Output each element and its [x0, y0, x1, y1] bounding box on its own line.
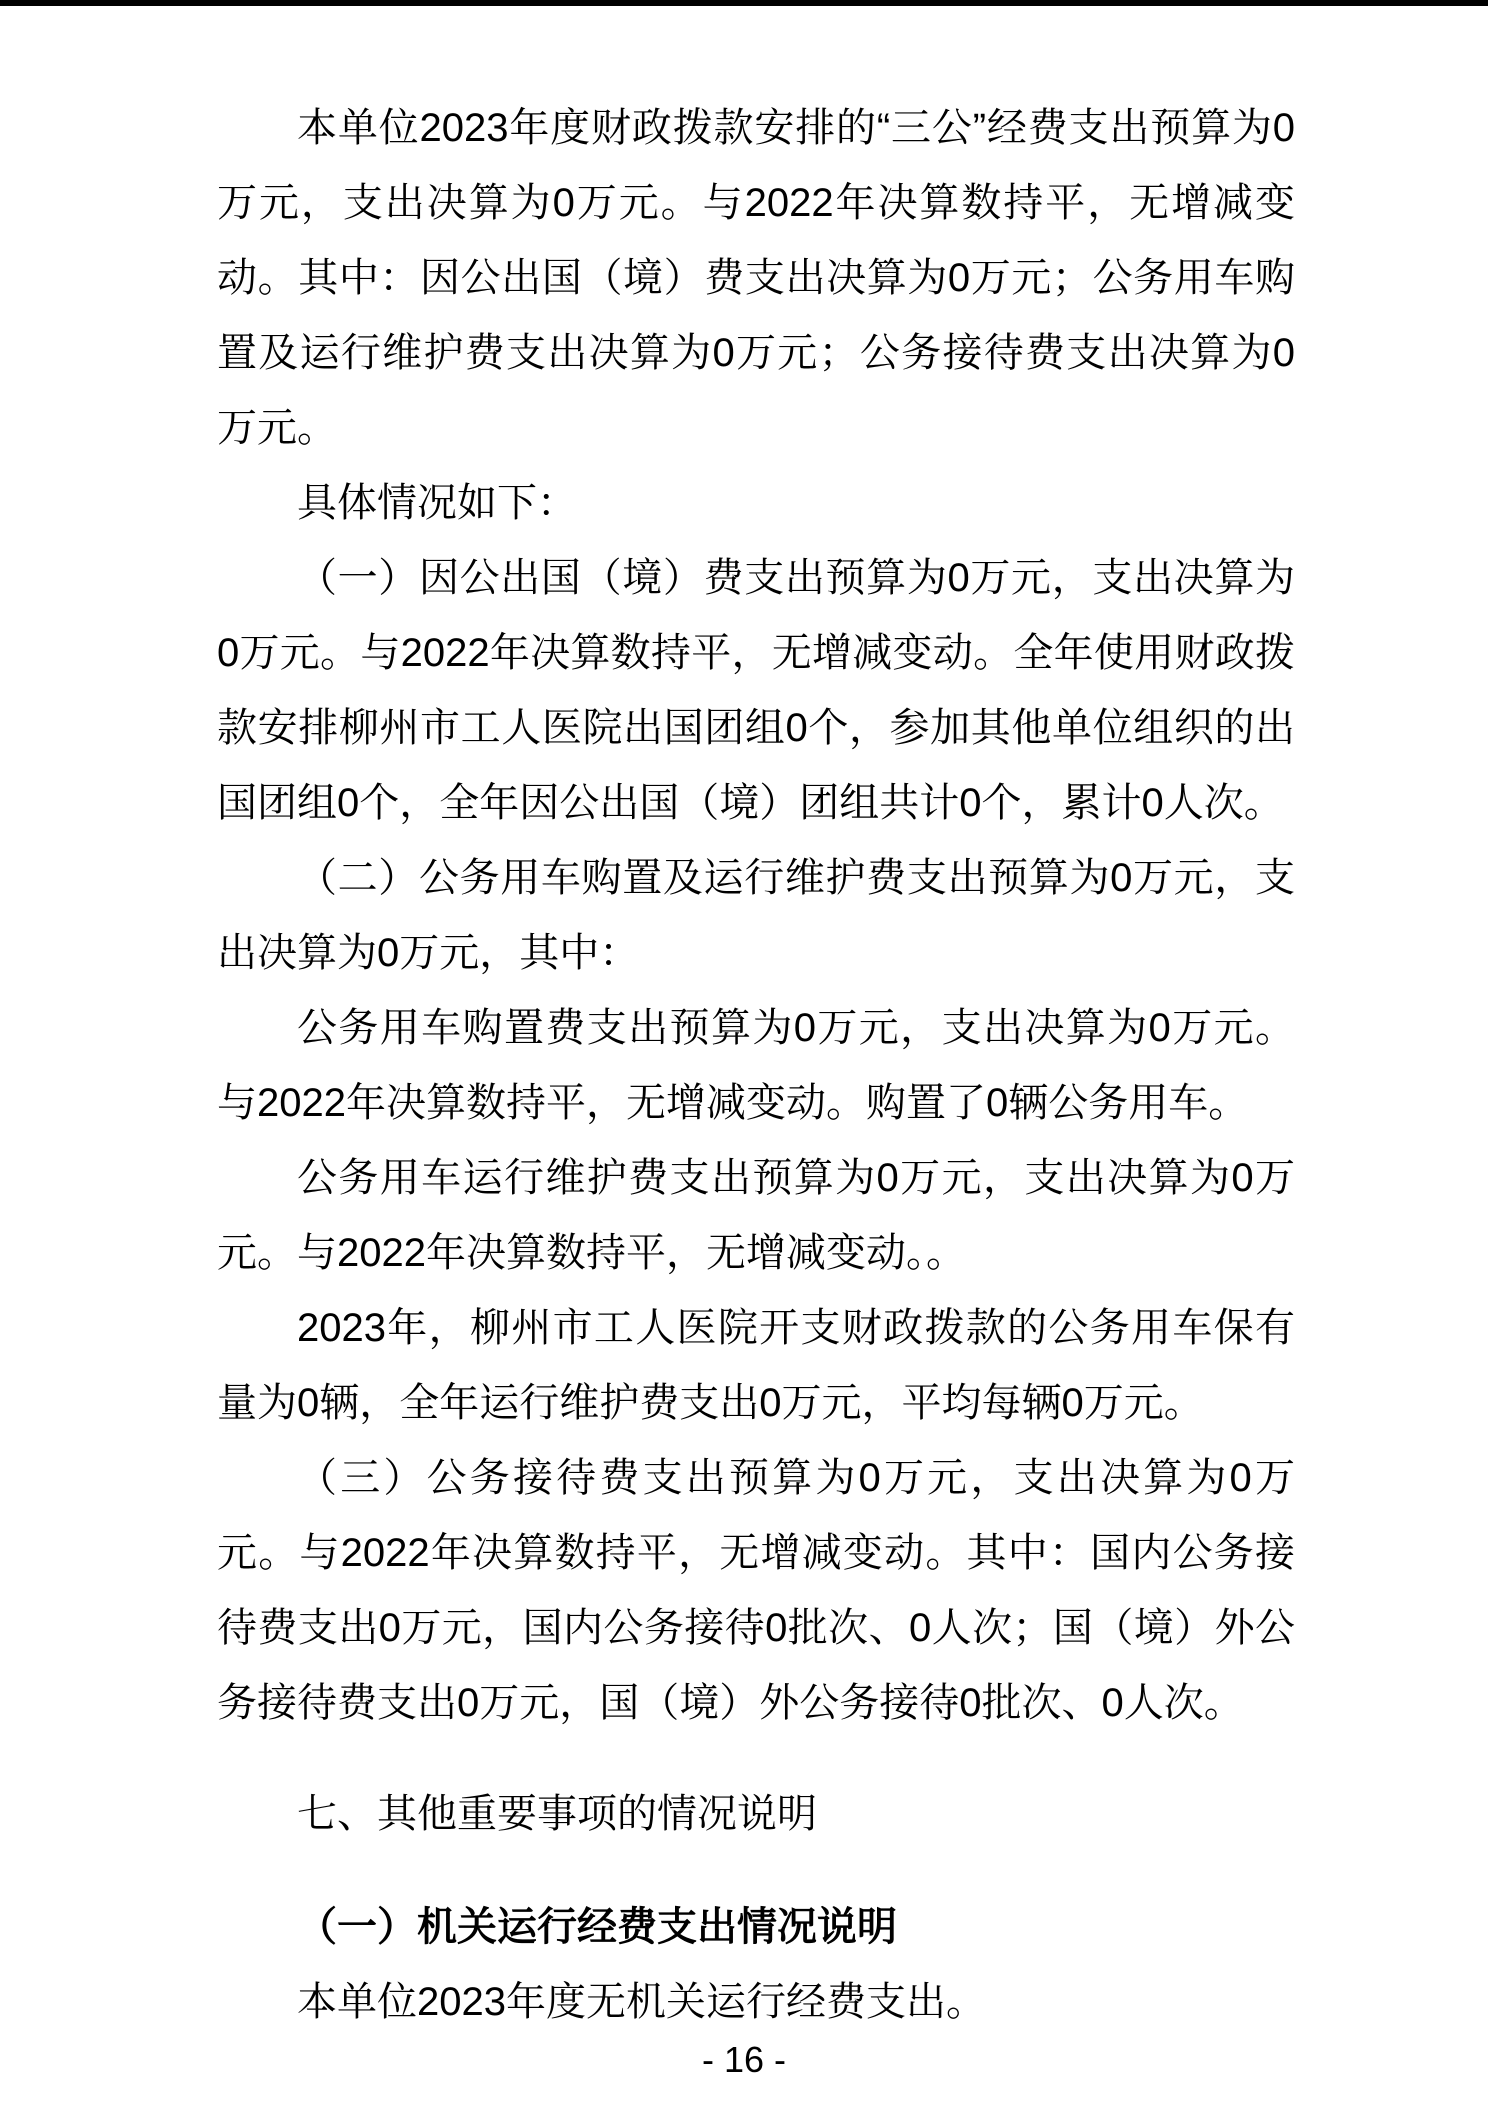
page-number: - 16 - [0, 2040, 1488, 2080]
paragraph-three-public-summary: 本单位2023年度财政拨款安排的“三公”经费支出预算为0万元，支出决算为0万元。… [217, 91, 1295, 466]
document-page: 本单位2023年度财政拨款安排的“三公”经费支出预算为0万元，支出决算为0万元。… [0, 0, 1488, 2104]
paragraph-details-intro: 具体情况如下： [217, 466, 1295, 541]
paragraph-reception-expense: （三）公务接待费支出预算为0万元，支出决算为0万元。与2022年决算数持平，无增… [217, 1441, 1295, 1741]
paragraph-vehicle-purchase-maintenance: （二）公务用车购置及运行维护费支出预算为0万元，支出决算为0万元，其中： [217, 841, 1295, 991]
paragraph-vehicle-maintenance: 公务用车运行维护费支出预算为0万元，支出决算为0万元。与2022年决算数持平，无… [217, 1141, 1295, 1291]
paragraph-abroad-expense: （一）因公出国（境）费支出预算为0万元，支出决算为0万元。与2022年决算数持平… [217, 541, 1295, 841]
page-content: 本单位2023年度财政拨款安排的“三公”经费支出预算为0万元，支出决算为0万元。… [217, 0, 1295, 2040]
paragraph-agency-operation-expense: 本单位2023年度无机关运行经费支出。 [217, 1965, 1295, 2040]
section-heading-other-important-matters: 七、其他重要事项的情况说明 [217, 1777, 1295, 1852]
paragraph-vehicle-purchase: 公务用车购置费支出预算为0万元，支出决算为0万元。与2022年决算数持平，无增减… [217, 991, 1295, 1141]
paragraph-vehicle-holding: 2023年，柳州市工人医院开支财政拨款的公务用车保有量为0辆，全年运行维护费支出… [217, 1291, 1295, 1441]
subsection-heading-agency-operation-expense: （一）机关运行经费支出情况说明 [217, 1890, 1295, 1965]
